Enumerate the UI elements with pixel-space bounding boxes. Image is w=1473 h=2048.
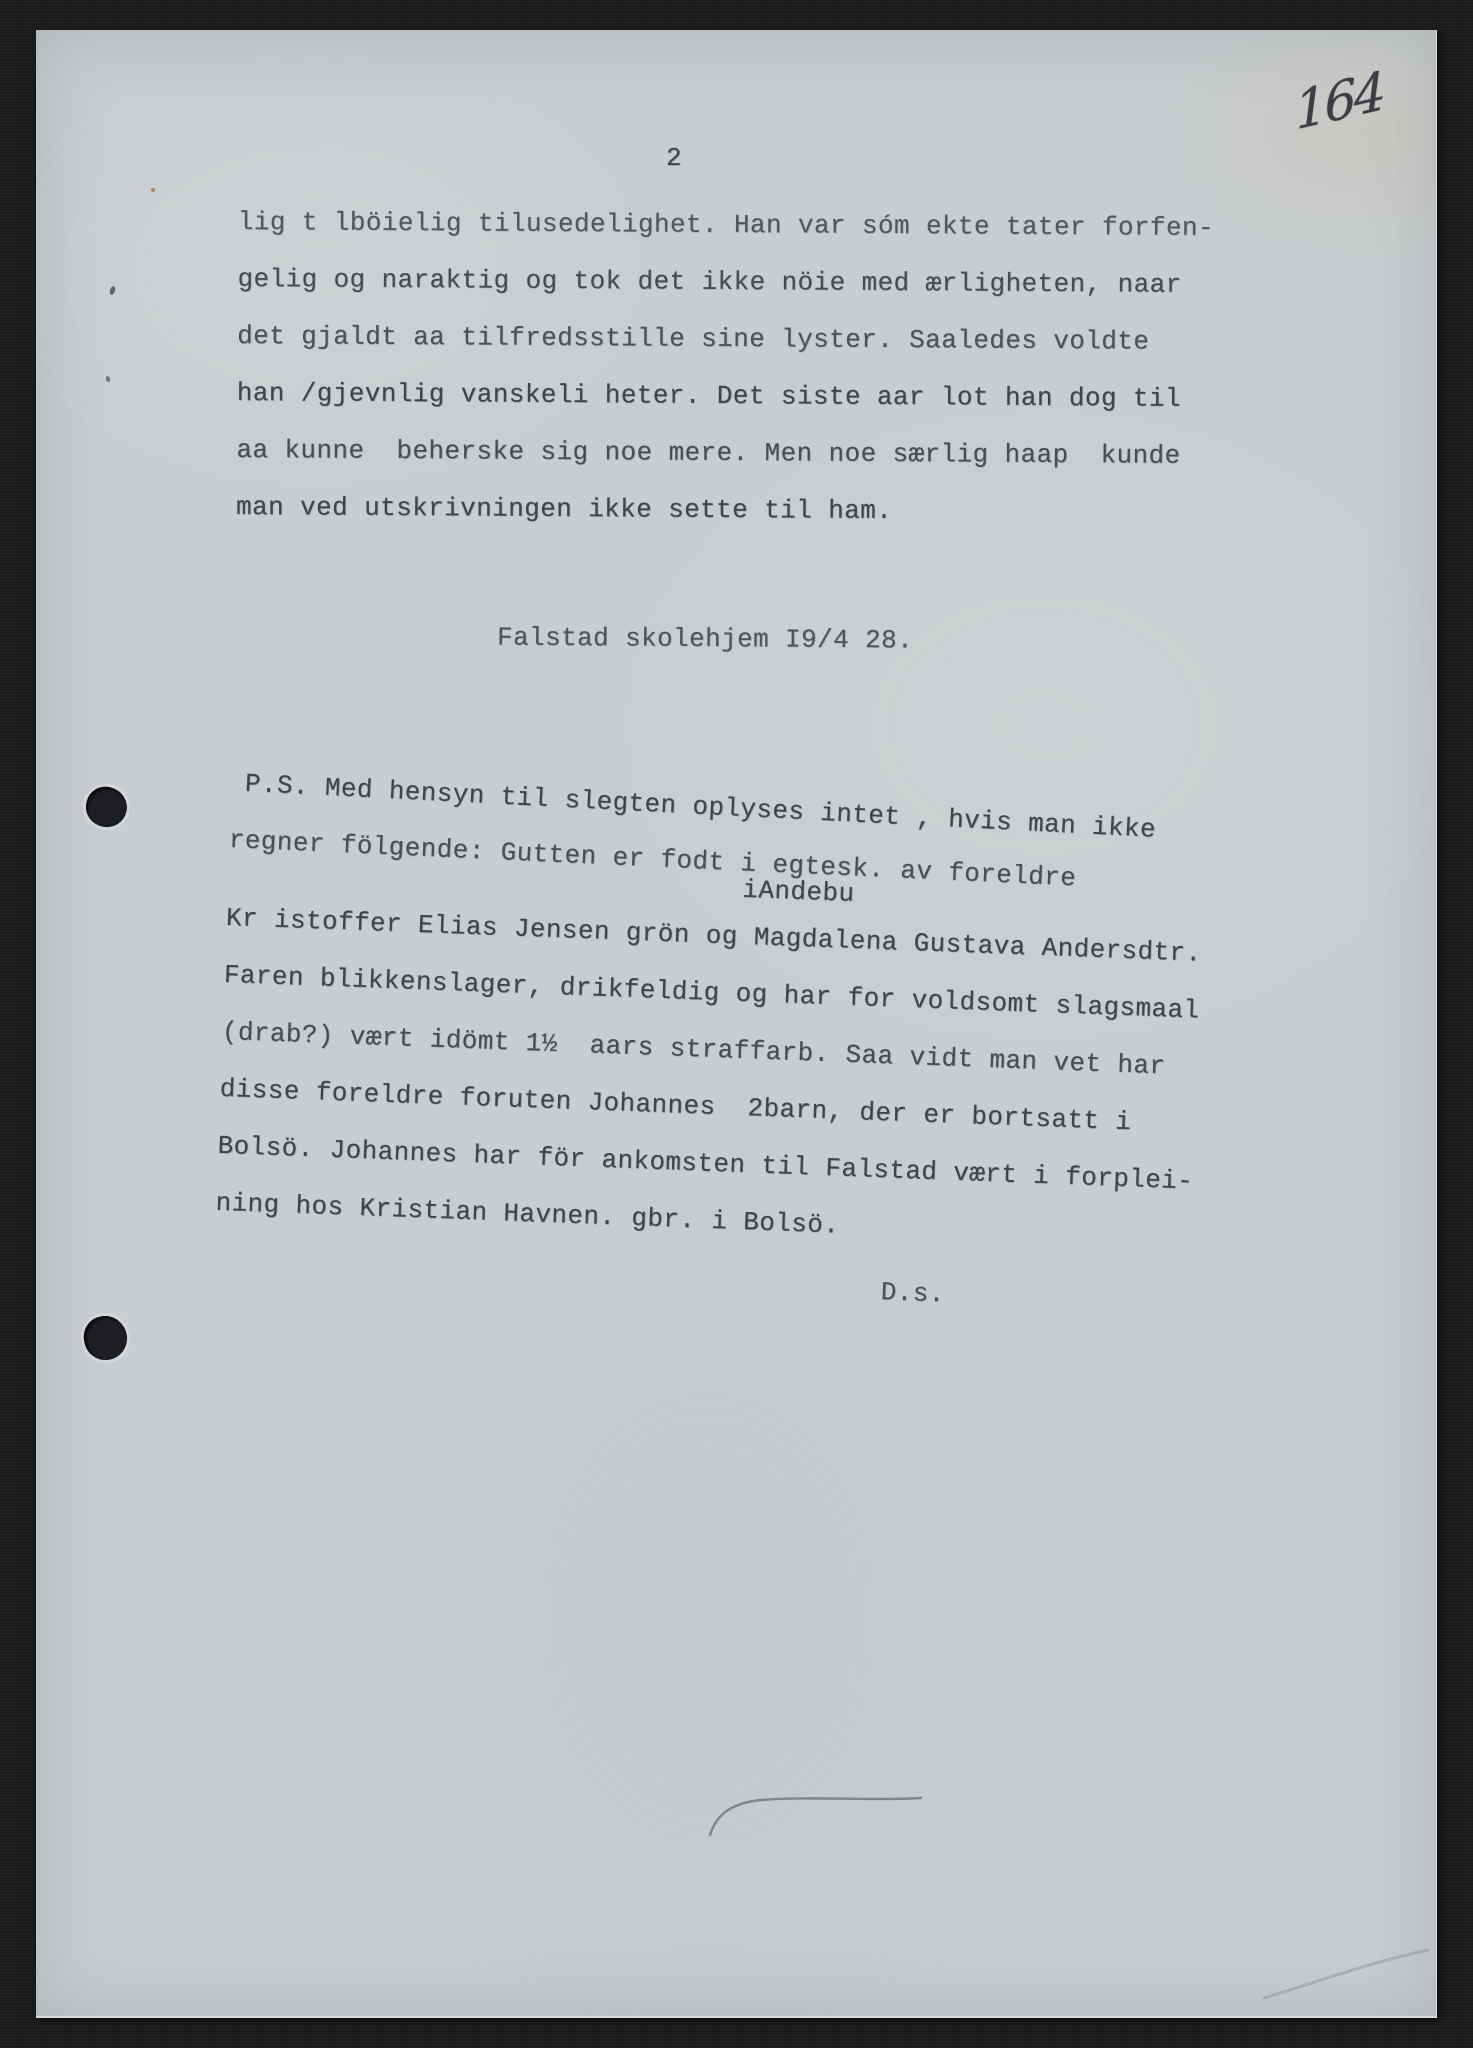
typed-line: han /gjevnlig vanskeli heter. Det siste … (237, 365, 1213, 428)
interline-insertion: iAndebu (742, 870, 855, 914)
hole-punch-bottom (81, 1313, 130, 1363)
dateline: Falstad skolehjem I9/4 28. (497, 610, 913, 670)
body-paragraph: lig t lböielig tilusedelighet. Han var s… (236, 194, 1214, 542)
handwritten-page-number: 164 (1294, 61, 1385, 142)
paper-crease (1256, 1920, 1436, 2016)
typed-line: man ved utskrivningen ikke sette til ham… (236, 479, 1212, 542)
typed-line: det gjaldt aa tilfredsstille sine lyster… (237, 308, 1213, 371)
ink-speck (151, 188, 155, 192)
scan-mount: 2 164 lig t lböielig tilusedelighet. Han… (0, 0, 1473, 2048)
pencil-mark (636, 1730, 936, 1850)
document-page: 2 164 lig t lböielig tilusedelighet. Han… (36, 30, 1437, 2018)
typed-line: lig t lböielig tilusedelighet. Han var s… (238, 194, 1214, 257)
typed-line: gelig og naraktig og tok det ikke nöie m… (237, 251, 1213, 314)
postscript: P.S. Med hensyn til slegten oplyses inte… (212, 755, 1207, 1332)
ink-speck (109, 285, 117, 295)
ink-speck (105, 375, 111, 382)
hole-punch-top (82, 783, 130, 831)
page-number: 2 (666, 130, 682, 187)
typed-line: aa kunne beherske sig noe mere. Men noe … (236, 422, 1212, 485)
